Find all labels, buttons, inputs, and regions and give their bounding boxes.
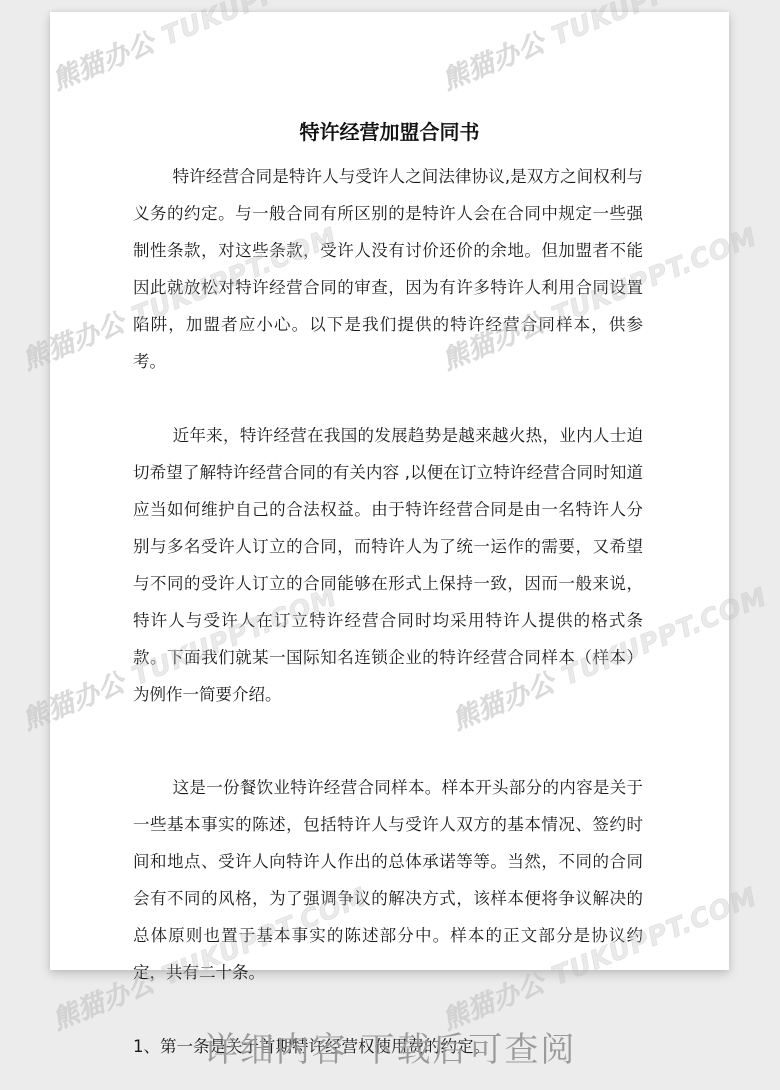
document-body: 特许经营合同是特许人与受许人之间法律协议,是双方之间权利与义务的约定。与一般合同… <box>133 158 643 1065</box>
paragraph-trend: 近年来，特许经营在我国的发展趋势是越来越火热，业内人士迫切希望了解特许经营合同的… <box>133 417 643 713</box>
paragraph-sample: 这是一份餐饮业特许经营合同样本。样本开头部分的内容是关于一些基本事实的陈述，包括… <box>133 769 643 991</box>
document-title: 特许经营加盟合同书 <box>50 116 729 145</box>
download-caption: 详细内容 下载后可查阅 <box>0 1022 780 1071</box>
document-page: 特许经营加盟合同书 特许经营合同是特许人与受许人之间法律协议,是双方之间权利与义… <box>50 12 729 970</box>
paragraph-intro: 特许经营合同是特许人与受许人之间法律协议,是双方之间权利与义务的约定。与一般合同… <box>133 158 643 380</box>
